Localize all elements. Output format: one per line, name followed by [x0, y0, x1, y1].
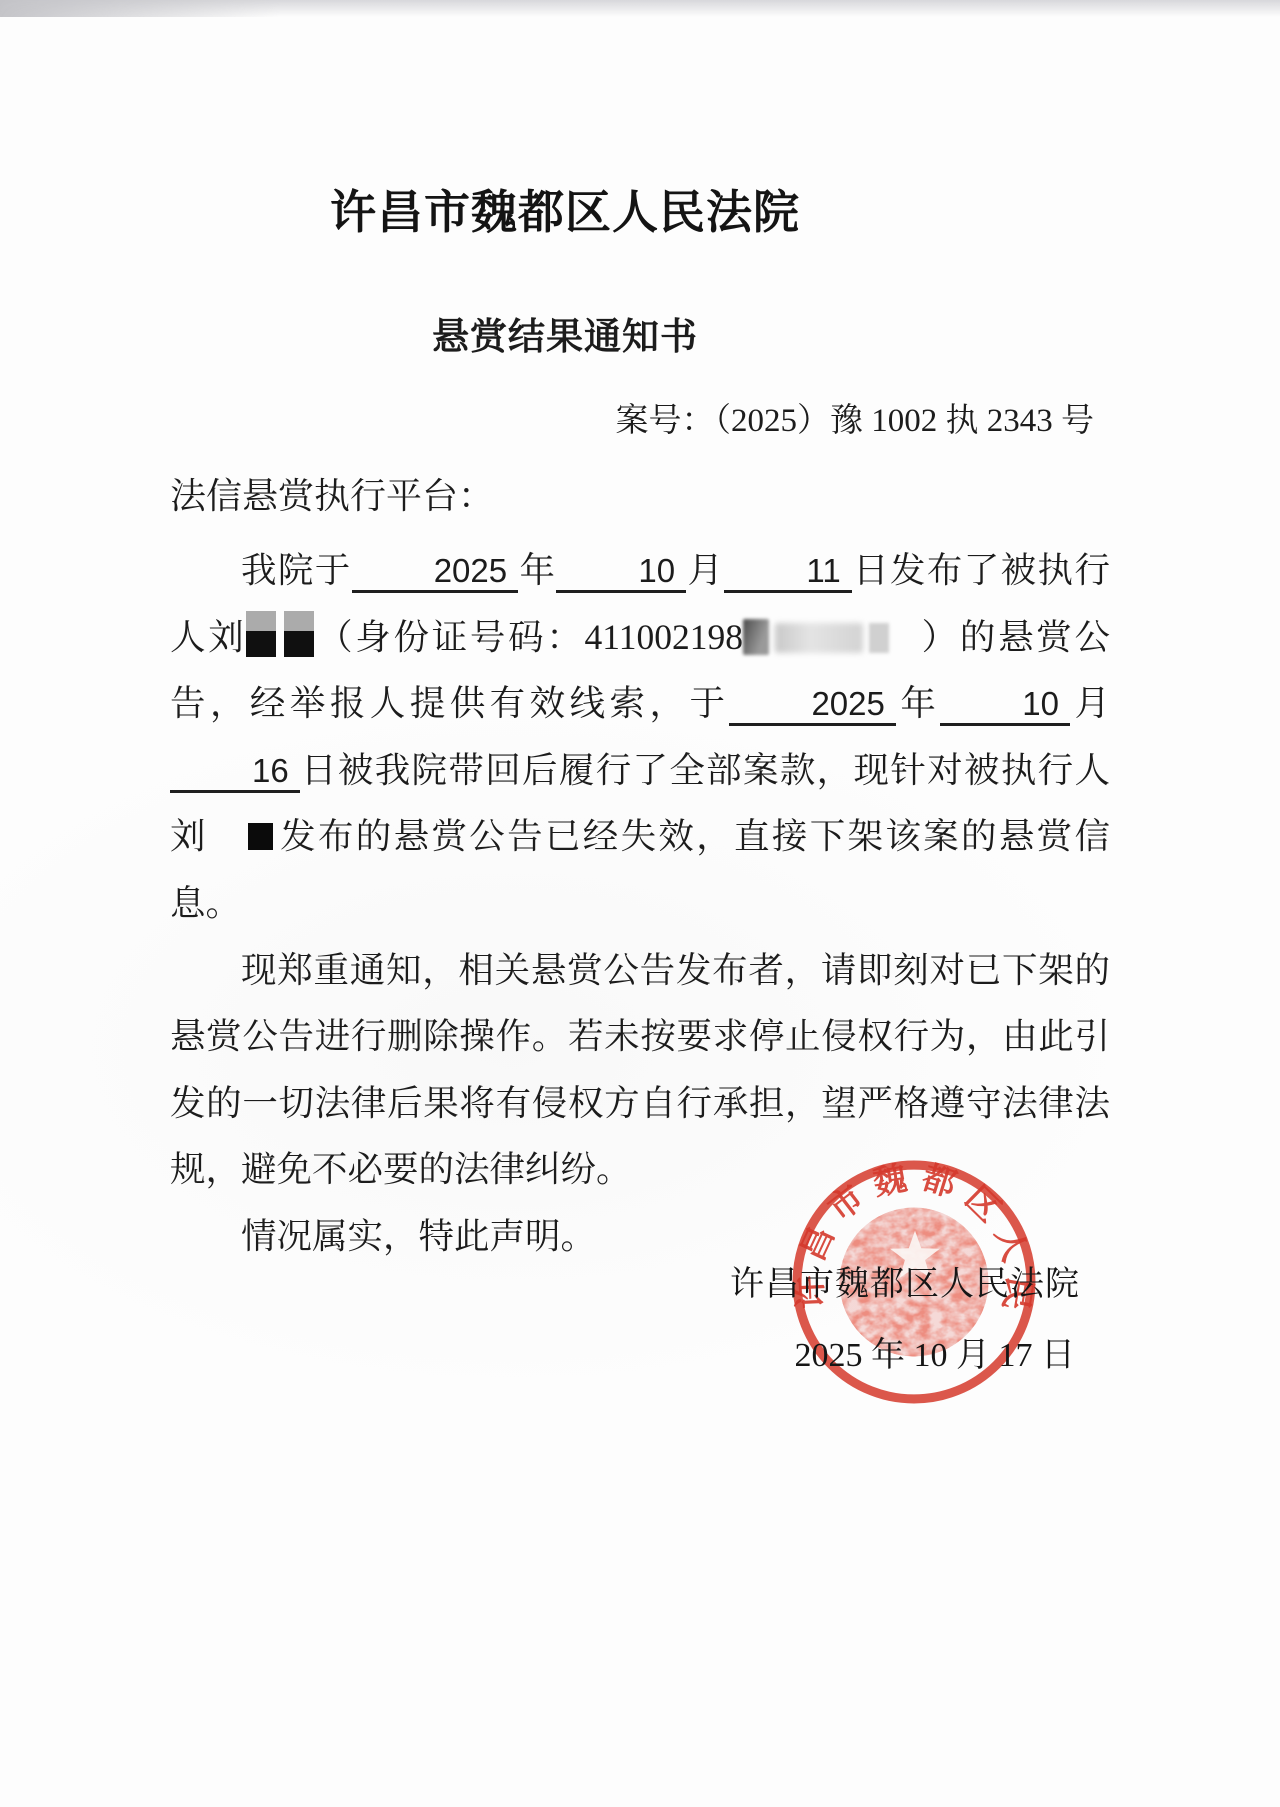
- blank-day-1: 11: [724, 553, 851, 593]
- court-name-title: 许昌市魏都区人民法院: [170, 176, 960, 242]
- blank-month-1: 10: [556, 553, 686, 593]
- scanned-document-page: 许昌市魏都区人民法院 悬赏结果通知书 案号：（2025）豫 1002 执 234…: [0, 0, 1280, 1807]
- redaction-id-blur: [775, 623, 863, 653]
- redaction-name-block: [284, 611, 314, 657]
- blank-year-1: 2025: [352, 553, 518, 593]
- signature-court-name: 许昌市魏都区人民法院: [730, 1256, 1080, 1305]
- p1-text-segment: 年: [518, 550, 556, 590]
- p1-text-segment: 发布的悬赏公告已经失效，直接下架该案的悬赏信息。: [170, 816, 1110, 923]
- p1-text-segment: 年: [896, 683, 940, 723]
- p1-text-segment: 月: [686, 550, 724, 590]
- redaction-name-block: [246, 611, 276, 657]
- salutation: 法信悬赏执行平台：: [170, 468, 1110, 519]
- redaction-id-block: [743, 619, 769, 655]
- blank-day-2: 16: [170, 753, 300, 793]
- p1-text-segment: 我院于: [241, 550, 352, 590]
- case-number: 案号：（2025）豫 1002 执 2343 号: [170, 394, 1110, 441]
- redaction-name-square: [248, 823, 273, 850]
- signature-date: 2025 年 10 月 17 日: [795, 1327, 1076, 1376]
- document-title: 悬赏结果通知书: [170, 306, 960, 360]
- p1-text-segment: 月: [1070, 683, 1110, 723]
- p1-text-segment: （身份证号码：411002198: [314, 617, 743, 657]
- redaction-id-block: [869, 623, 889, 653]
- scan-edge-artifact: [0, 0, 1280, 17]
- blank-month-2: 10: [940, 686, 1070, 726]
- paragraph-1: 我院于2025年10月11日发布了被执行人刘（身份证号码：411002198）的…: [170, 537, 1110, 937]
- blank-year-2: 2025: [729, 686, 895, 726]
